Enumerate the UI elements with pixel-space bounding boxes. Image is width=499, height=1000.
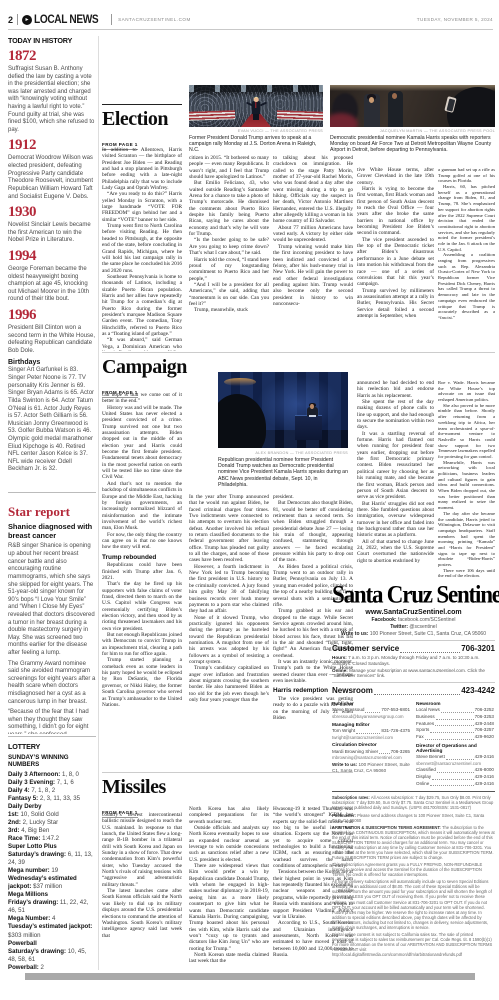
para: a gunman had set up a rifle as Trump gol… (438, 167, 495, 184)
para: Trump went first to North Carolina befor… (102, 223, 182, 274)
campaign-col5: Roe v. Wade. Harris became the White Hou… (438, 380, 495, 578)
finep: All home delivery subscriptions will aut… (332, 879, 495, 930)
legs (253, 114, 259, 120)
sentinel-logo-icon: ▸ (22, 15, 32, 25)
trump-rally-photo (189, 85, 323, 127)
hist: 1930Novelist Sinclair Lewis became the f… (8, 204, 96, 245)
face (369, 97, 374, 103)
history-entries: 1872Suffragist Susan B. Anthony defied t… (8, 48, 96, 355)
lot: Daily 3 Evening: 7, 1, 6 (8, 779, 96, 787)
para: country’s newest intercontinental ballis… (102, 812, 182, 888)
para: History was and will be made. The United… (102, 405, 182, 481)
finep: Postmaster: Please send address changes … (332, 813, 495, 823)
para: For now, the only thing the country can … (102, 532, 182, 551)
caption-text: Former President Donald Trump arrives to… (189, 135, 323, 154)
subhead: Publisher (332, 702, 410, 707)
section-divider (102, 352, 495, 353)
birthdays-title: Birthdays (8, 359, 96, 366)
para: About 77 million Americans have voted ea… (273, 225, 353, 244)
lrow: Steve Bressoud707-553-6801 (332, 707, 410, 714)
lot: Saturday’s drawing: 6, 11, 13, 24, 39 (8, 851, 96, 867)
site-url: SANTACRUZSENTINEL.COM (118, 17, 191, 22)
para: Southeast Pennsylvania is home to thousa… (102, 274, 182, 337)
plain: mbrowning@santacruzsentinel.com (332, 755, 410, 761)
lrow: Features429-2448 (416, 721, 494, 728)
para: Trump survived by millimeters an assassi… (357, 288, 434, 320)
election-col2: citizen in 2015. “It bothered so many pe… (189, 155, 269, 353)
subhead: Trump rebounded (102, 554, 182, 562)
para: to talking about his proposed crackdown … (273, 155, 353, 225)
missiles-col1: country’s newest intercontinental ballis… (102, 812, 182, 972)
finep: Write to us: 100 Pioneer Street, Suite C… (332, 762, 410, 774)
para: But Harris’ struggles did not end there.… (357, 501, 434, 539)
star-report-body: R&B singer Shanice is opening up about h… (8, 543, 96, 734)
plain: sbressoud@bayareanewsgroup.com (332, 714, 410, 720)
lot: Write to us: 100 Pioneer Street, Suite C… (332, 631, 495, 638)
lot: Mega Millions (8, 891, 96, 899)
masthead-website: www.SantaCruzSentinel.com (332, 609, 495, 616)
plain: sbennett@santacruzsentinel.com (416, 761, 494, 767)
harris-plane-photo (330, 85, 495, 127)
page-header: 2 ▸ LOCAL NEWS SANTACRUZSENTINEL.COM TUE… (8, 10, 493, 30)
harris-photo-caption: JACQUELYN MARTIN — THE ASSOCIATED PRESS … (330, 128, 495, 154)
para: There are widespread views that Kim woul… (189, 863, 269, 952)
lrow: Business706-3253 (416, 714, 494, 721)
election-headline: Election (102, 108, 182, 131)
para: She spent the rest of the day making doz… (357, 399, 434, 431)
para: Outside officials and analysts say North… (189, 825, 269, 863)
para: “And I will be a president for all Ameri… (189, 282, 269, 307)
para: Harris told the crowd, “I stand here pro… (189, 257, 269, 282)
trump-figure (248, 97, 264, 120)
hist: 1996President Bill Clinton won a second … (8, 307, 96, 355)
photo-credit: ALEX BRANDON — THE ASSOCIATED PRESS (218, 451, 348, 455)
para: But Democrats also thought Biden, 81, wo… (273, 500, 353, 563)
masthead-social: Facebook: facebook.com/SCSentinelTwitter… (332, 617, 495, 637)
subhead: Director of Operations and Advertising (416, 744, 494, 754)
lot: Powerball (8, 940, 96, 948)
election-headline-block: Election FROM PAGE 1 (102, 104, 182, 151)
missiles-headline: Missiles (102, 776, 182, 799)
lot: Tuesday’s estimated jackpot: $303 millio… (8, 923, 96, 939)
para: “Is the border going to be safe? Are you… (189, 237, 269, 256)
lrow: Display429-2416 (416, 774, 494, 781)
para: North Korean state media claimed last we… (189, 952, 269, 965)
lot: Daily Derby (8, 803, 96, 811)
podium-papers (309, 415, 316, 417)
masthead-divider (332, 791, 495, 792)
lrow: Online429-2416 (416, 781, 494, 788)
contacts-left: PublisherSteve Bressoud707-553-6801sbres… (332, 699, 410, 787)
star-report-title: Star report (8, 504, 96, 520)
election-col4: tive White House terms, after Grover Cle… (357, 167, 434, 353)
lrow: Steve Bennett429-2416 (416, 754, 494, 761)
bottom-gray-bar (25, 973, 475, 980)
para: announced he had decided to end his reel… (357, 380, 434, 399)
rail-divider (8, 736, 96, 737)
para: There were 106 days until the end of the… (438, 568, 495, 578)
finep: ARBITRATION & SUBSCRIPTION TERMS AGREEME… (332, 825, 495, 860)
history-title: TODAY IN HISTORY (8, 36, 92, 45)
para: “Are you ready to do this?” Harris yelle… (102, 191, 182, 223)
newspaper-page: 2 ▸ LOCAL NEWS SANTACRUZSENTINEL.COM TUE… (0, 0, 499, 1000)
campaign-col1: can hope is that we come out of it bette… (102, 392, 182, 770)
debate-podium (295, 415, 322, 440)
lot: Daily 4: 7, 1, 8, 2 (8, 787, 96, 795)
customer-service-row: Customer service 706-3201 (332, 640, 495, 655)
subhead: Managing Editor (332, 723, 410, 728)
face (392, 93, 397, 99)
para: R&B singer Shanice is opening up about h… (8, 543, 96, 657)
para: tive White House terms, after Grover Cle… (357, 167, 434, 186)
headline-rule (102, 104, 182, 105)
contacts-columns: PublisherSteve Bressoud707-553-6801sbres… (332, 699, 495, 787)
para: All of that started to change June 24, 2… (357, 539, 434, 564)
caption-text: Democratic presidential nominee Kamala H… (330, 135, 495, 154)
hist: 1994George Foreman became the oldest hea… (8, 248, 96, 304)
hist: 1872Suffragist Susan B. Anthony defied t… (8, 48, 96, 134)
finep: Online: Manage your subscription at www.… (332, 668, 495, 680)
newsroom-phone: 423-4242 (461, 685, 495, 697)
lot: Super Lotto Plus (8, 843, 96, 851)
rail-divider (8, 492, 96, 493)
hist: 1912Democrat Woodrow Wilson was elected … (8, 137, 96, 201)
dot-leader (400, 652, 460, 653)
head (254, 97, 259, 102)
birthdays-text: Singer Art Garfunkel is 83. Singer Peter… (8, 367, 96, 474)
page-number: 2 (8, 15, 13, 25)
lot: 1st: 10, Solid Gold (8, 811, 96, 819)
lot: Facebook: facebook.com/SCSentinel (332, 617, 495, 624)
masthead-box: Santa Cruz Sentinel www.SantaCruzSentine… (332, 580, 495, 959)
finep: This Subscription Agreement grants you a… (332, 862, 495, 877)
aide-figure (388, 91, 403, 127)
lot: Mega Number: 4 (8, 915, 96, 923)
para: North Korea has also likely completed pr… (189, 806, 269, 825)
harris-figure (364, 94, 380, 127)
para: Trump started planning a comeback even a… (102, 657, 182, 708)
election-col1: In addition to Allentown, Harris visited… (102, 147, 182, 351)
arena-rafters (189, 85, 323, 92)
lot: Twitter: @scsentinel (332, 624, 495, 631)
lot: 3rd: 4, Big Ben (8, 827, 96, 835)
divider (111, 14, 112, 25)
para: But not enough Republicans joined with D… (102, 632, 182, 657)
para: “Because of the fear that I had when the… (8, 709, 96, 734)
section-divider (102, 772, 353, 773)
photo-credit: JACQUELYN MARTIN — THE ASSOCIATED PRESS … (330, 129, 495, 133)
finep: Hours: 7 a.m. to 3 p.m. Monday through F… (332, 655, 495, 667)
para: The vice president ascended to the top o… (357, 237, 434, 288)
trump-photo-caption: EVAN VUCCI — THE ASSOCIATED PRESS Former… (189, 128, 323, 154)
campaign-col4: announced he had decided to end his reel… (357, 380, 434, 578)
para: The Grammy Award nominee said she avoide… (8, 661, 96, 707)
customer-service-phone: 706-3201 (461, 643, 495, 655)
rail-main-divider (98, 36, 99, 970)
para: Assembling a coalition ranging from prog… (438, 252, 495, 320)
election-col3: to talking about his proposed crackdown … (273, 155, 353, 353)
para: Trump, meanwhile, stuck (189, 307, 269, 313)
contacts-right: NewsroomLocal News706-3252Business706-32… (416, 699, 494, 787)
newsroom-row: Newsroom 423-4242 (332, 682, 495, 697)
lot: Daily 3 Afternoon: 1, 8, 0 (8, 771, 96, 779)
lottery-subtitle: SUNDAY’S WINNING NUMBERS (8, 754, 96, 769)
lrow: Mardi Browning Shiver706-3265 (332, 749, 410, 756)
lot: 2nd: 2, Lucky Star (8, 819, 96, 827)
lot: Friday’s drawing: 11, 22, 42, 46, 51 (8, 899, 96, 915)
lot: Mega number: 19 (8, 867, 96, 875)
para: “It was absurd,” said German Vega, a Dom… (102, 337, 182, 351)
dot-leader (374, 694, 460, 695)
debate-photo (218, 372, 348, 448)
customer-service-notes: Hours: 7 a.m. to 3 p.m. Monday through F… (332, 655, 495, 680)
campaign-headline: Campaign (102, 356, 182, 379)
customer-service-label: Customer service (332, 643, 399, 655)
subscription-fine-print: Subscription rates: All Access subscript… (332, 795, 495, 957)
election-col5: a gunman had set up a rifle as Trump gol… (438, 167, 495, 353)
lot: Wednesday’s estimated jackpot: $37 milli… (8, 875, 96, 891)
lottery-numbers: Daily 3 Afternoon: 1, 8, 0Daily 3 Evenin… (8, 771, 96, 970)
issue-date: TUESDAY, NOVEMBER 5, 2024 (417, 17, 493, 22)
trump-silhouette (218, 394, 266, 448)
finep: Digital online content is not subject to… (332, 932, 495, 957)
lot: Race Time: 1:47.2 (8, 835, 96, 843)
para: Meanwhile, Harris was networking with lo… (438, 460, 495, 511)
masthead-title: Santa Cruz Sentinel (332, 580, 495, 609)
lot: Fantasy 5: 2, 3, 11, 33, 35 (8, 795, 96, 803)
para: In the year after Trump announced that h… (189, 494, 269, 564)
para: Trump’s candidacy capitalized on anger o… (189, 665, 269, 703)
para: However, a fourth indictment in New York… (189, 564, 269, 615)
divider (17, 14, 18, 25)
missiles-col2: North Korea has also likely completed pr… (189, 806, 269, 974)
flag-bunting-right (277, 110, 323, 121)
red-tie (255, 102, 256, 108)
para: Republicans could have been finished wit… (102, 562, 182, 581)
plain: twright@santacruzsentinel.com (332, 735, 410, 741)
trump-hair-highlight (224, 378, 256, 386)
para: The day after she became the candidate, … (438, 511, 495, 568)
star-report-section: Star report Shanice diagnosed with breas… (8, 500, 96, 734)
subhead: Circulation Director (332, 743, 410, 748)
para: None of it slowed Trump, who practically… (189, 615, 269, 666)
lrow: Tom Wright831-726-4375 (332, 728, 410, 735)
finep: Subscription rates: All Access subscript… (332, 795, 495, 810)
campaign-col2: In the year after Trump announced that h… (189, 494, 269, 798)
para: That’s the day he fired up his supporter… (102, 581, 182, 632)
flag-bunting-left (189, 110, 235, 121)
debate-photo-caption: ALEX BRANDON — THE ASSOCIATED PRESS Repu… (218, 450, 348, 488)
lrow: Sports706-3257 (416, 727, 494, 734)
para: Roe v. Wade. Harris became the White Hou… (438, 380, 495, 403)
para: Harris is vying to become the first woma… (357, 186, 434, 237)
lottery-title: LOTTERY (8, 742, 92, 751)
lrow: Local News706-3252 (416, 707, 494, 714)
para: In addition to Allentown, Harris visited… (102, 147, 182, 191)
para: Harris, 60, has pitched herself as a gen… (438, 184, 495, 252)
caption-text: Republican presidential nominee former P… (218, 457, 348, 489)
today-in-history-section: TODAY IN HISTORY 1872Suffragist Susan B.… (8, 36, 96, 492)
para: can hope is that we come out of it bette… (102, 392, 182, 405)
subhead: Newsroom (416, 702, 494, 707)
photo-credit: EVAN VUCCI — THE ASSOCIATED PRESS (189, 129, 323, 133)
arm (259, 101, 266, 106)
star-report-headline: Shanice diagnosed with breast cancer (8, 523, 96, 540)
lottery-section: LOTTERY SUNDAY’S WINNING NUMBERS Daily 3… (8, 742, 96, 970)
lot: Saturday’s drawing: 10, 45, 48, 58, 61 (8, 948, 96, 964)
newsroom-label: Newsroom (332, 685, 373, 697)
para: And that’s not to mention the backdrop o… (102, 481, 182, 532)
lrow: Fax429-9620 (416, 734, 494, 741)
para: But Emilio Feliciano, 43, who waited out… (189, 180, 269, 237)
lot: Powerball: 2 (8, 964, 96, 970)
section-title: LOCAL NEWS (34, 14, 98, 26)
lrow: Classified426-8000 (416, 767, 494, 774)
para: citizen in 2015. “It bothered so many pe… (189, 155, 269, 180)
para: She also proved to be more nimble than b… (438, 403, 495, 460)
para: The latest launches came after South Kor… (102, 888, 182, 939)
para: It was a startling reversal of fortune. … (357, 431, 434, 501)
para: Trump winning would make him the first i… (273, 244, 353, 307)
